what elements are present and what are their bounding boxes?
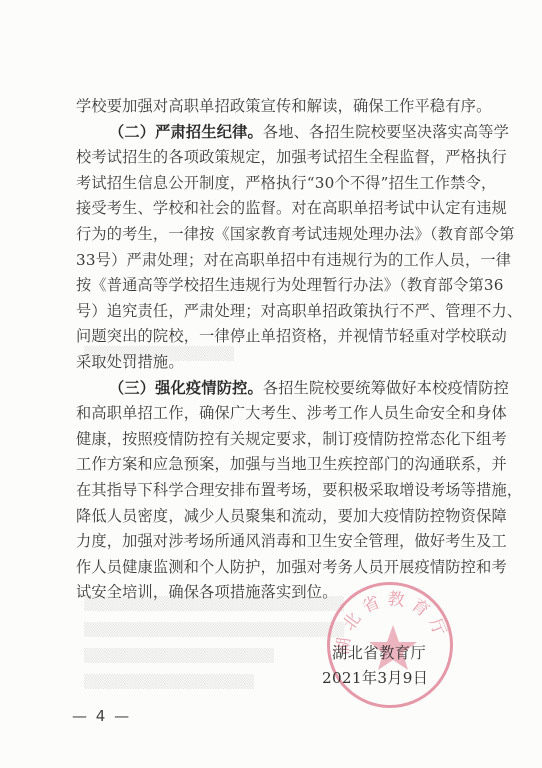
line-text: 各地、各招生院校要坚决落实高等学 [263,123,509,141]
text-line: 号）追究责任，严肃处理；对高职单招政策执行不严、管理不力、 [76,299,474,325]
text-line: 问题突出的院校，一律停止单招资格，并视情节轻重对学校联动 [76,324,474,350]
page-number: — 4 — [72,707,131,725]
line-text: 试安全培训，确保各项措施落实到位。 [76,583,338,601]
issuing-organization: 湖北省教育厅 [330,641,450,666]
line-text: 采取处罚措施。 [76,353,184,371]
line-text: 和高职单招工作，确保广大考生、涉考工作人员生命安全和身体 [76,404,507,422]
text-line: 降低人员密度，减少人员聚集和流动，要加大疫情防控物资保障 [76,504,474,530]
text-line: 工作方案和应急预案，加强与当地卫生疾控部门的沟通联系，并 [76,452,474,478]
issue-date: 2021年3月9日 [322,666,450,691]
text-line: 按《普通高等学校招生违规行为处理暂行办法》（教育部令第36 [76,273,474,299]
text-line: 33号）严肃处理；对在高职单招中有违规行为的工作人员，一律 [76,248,474,274]
line-text: 校考试招生的各项政策规定，加强考试招生全程监督，严格执行 [76,148,507,166]
section-heading-line: （三）强化疫情防控。各招生院校要统筹做好本校疫情防控 [76,376,474,402]
line-text: 降低人员密度，减少人员聚集和流动，要加大疫情防控物资保障 [76,507,507,525]
line-text: 工作方案和应急预案，加强与当地卫生疾控部门的沟通联系，并 [76,455,507,473]
line-text: 在其指导下科学合理安排布置考场，要积极采取增设考场等措施， [76,481,522,499]
line-text: 学校要加强对高职单招政策宣传和解读，确保工作平稳有序。 [76,97,491,115]
text-line: 采取处罚措施。 [76,350,474,376]
document-page: ▒▒▒▒▒▒▒▒▒▒▒▒▒▒▒ ▒▒▒▒▒▒▒▒▒▒▒▒▒▒▒▒▒▒▒▒▒▒▒▒… [0,0,542,768]
line-text: 力度，加强对涉考场所通风消毒和卫生安全管理，做好考生及工 [76,532,507,550]
text-line: 作人员健康监测和个人防护，加强对考务人员开展疫情防控和考 [76,555,474,581]
text-line: 力度，加强对涉考场所通风消毒和卫生安全管理，做好考生及工 [76,529,474,555]
line-text: 考试招生信息公开制度，严格执行“30个不得”招生工作禁令， [76,174,496,192]
line-text: 各招生院校要统筹做好本校疫情防控 [263,379,509,397]
section-heading-line: （二）严肃招生纪律。各地、各招生院校要坚决落实高等学 [76,120,474,146]
text-line: 接受考生、学校和社会的监督。对在高职单招考试中认定有违规 [76,196,474,222]
line-text: 33号）严肃处理；对在高职单招中有违规行为的工作人员，一律 [76,251,511,269]
section-heading: （二）严肃招生纪律。 [109,123,263,141]
signature-block: 湖北省教育厅 2021年3月9日 [330,641,450,691]
text-line: 考试招生信息公开制度，严格执行“30个不得”招生工作禁令， [76,171,474,197]
text-line: 和高职单招工作，确保广大考生、涉考工作人员生命安全和身体 [76,401,474,427]
line-text: 问题突出的院校，一律停止单招资格，并视情节轻重对学校联动 [76,327,507,345]
line-text: 作人员健康监测和个人防护，加强对考务人员开展疫情防控和考 [76,558,507,576]
text-line: 健康，按照疫情防控有关规定要求，制订疫情防控常态化下组考 [76,427,474,453]
document-body: 学校要加强对高职单招政策宣传和解读，确保工作平稳有序。 （二）严肃招生纪律。各地… [76,94,474,606]
text-line: 校考试招生的各项政策规定，加强考试招生全程监督，严格执行 [76,145,474,171]
line-text: 健康，按照疫情防控有关规定要求，制订疫情防控常态化下组考 [76,430,507,448]
line-text: 接受考生、学校和社会的监督。对在高职单招考试中认定有违规 [76,199,507,217]
line-text: 按《普通高等学校招生违规行为处理暂行办法》（教育部令第36 [76,276,504,294]
line-text: 行为的考生，一律按《国家教育考试违规处理办法》（教育部令第 [76,225,515,243]
section-heading: （三）强化疫情防控。 [109,379,263,397]
text-line: 学校要加强对高职单招政策宣传和解读，确保工作平稳有序。 [76,94,474,120]
text-line: 在其指导下科学合理安排布置考场，要积极采取增设考场等措施， [76,478,474,504]
line-text: 号）追究责任，严肃处理；对高职单招政策执行不严、管理不力、 [76,302,522,320]
text-line: 行为的考生，一律按《国家教育考试违规处理办法》（教育部令第 [76,222,474,248]
